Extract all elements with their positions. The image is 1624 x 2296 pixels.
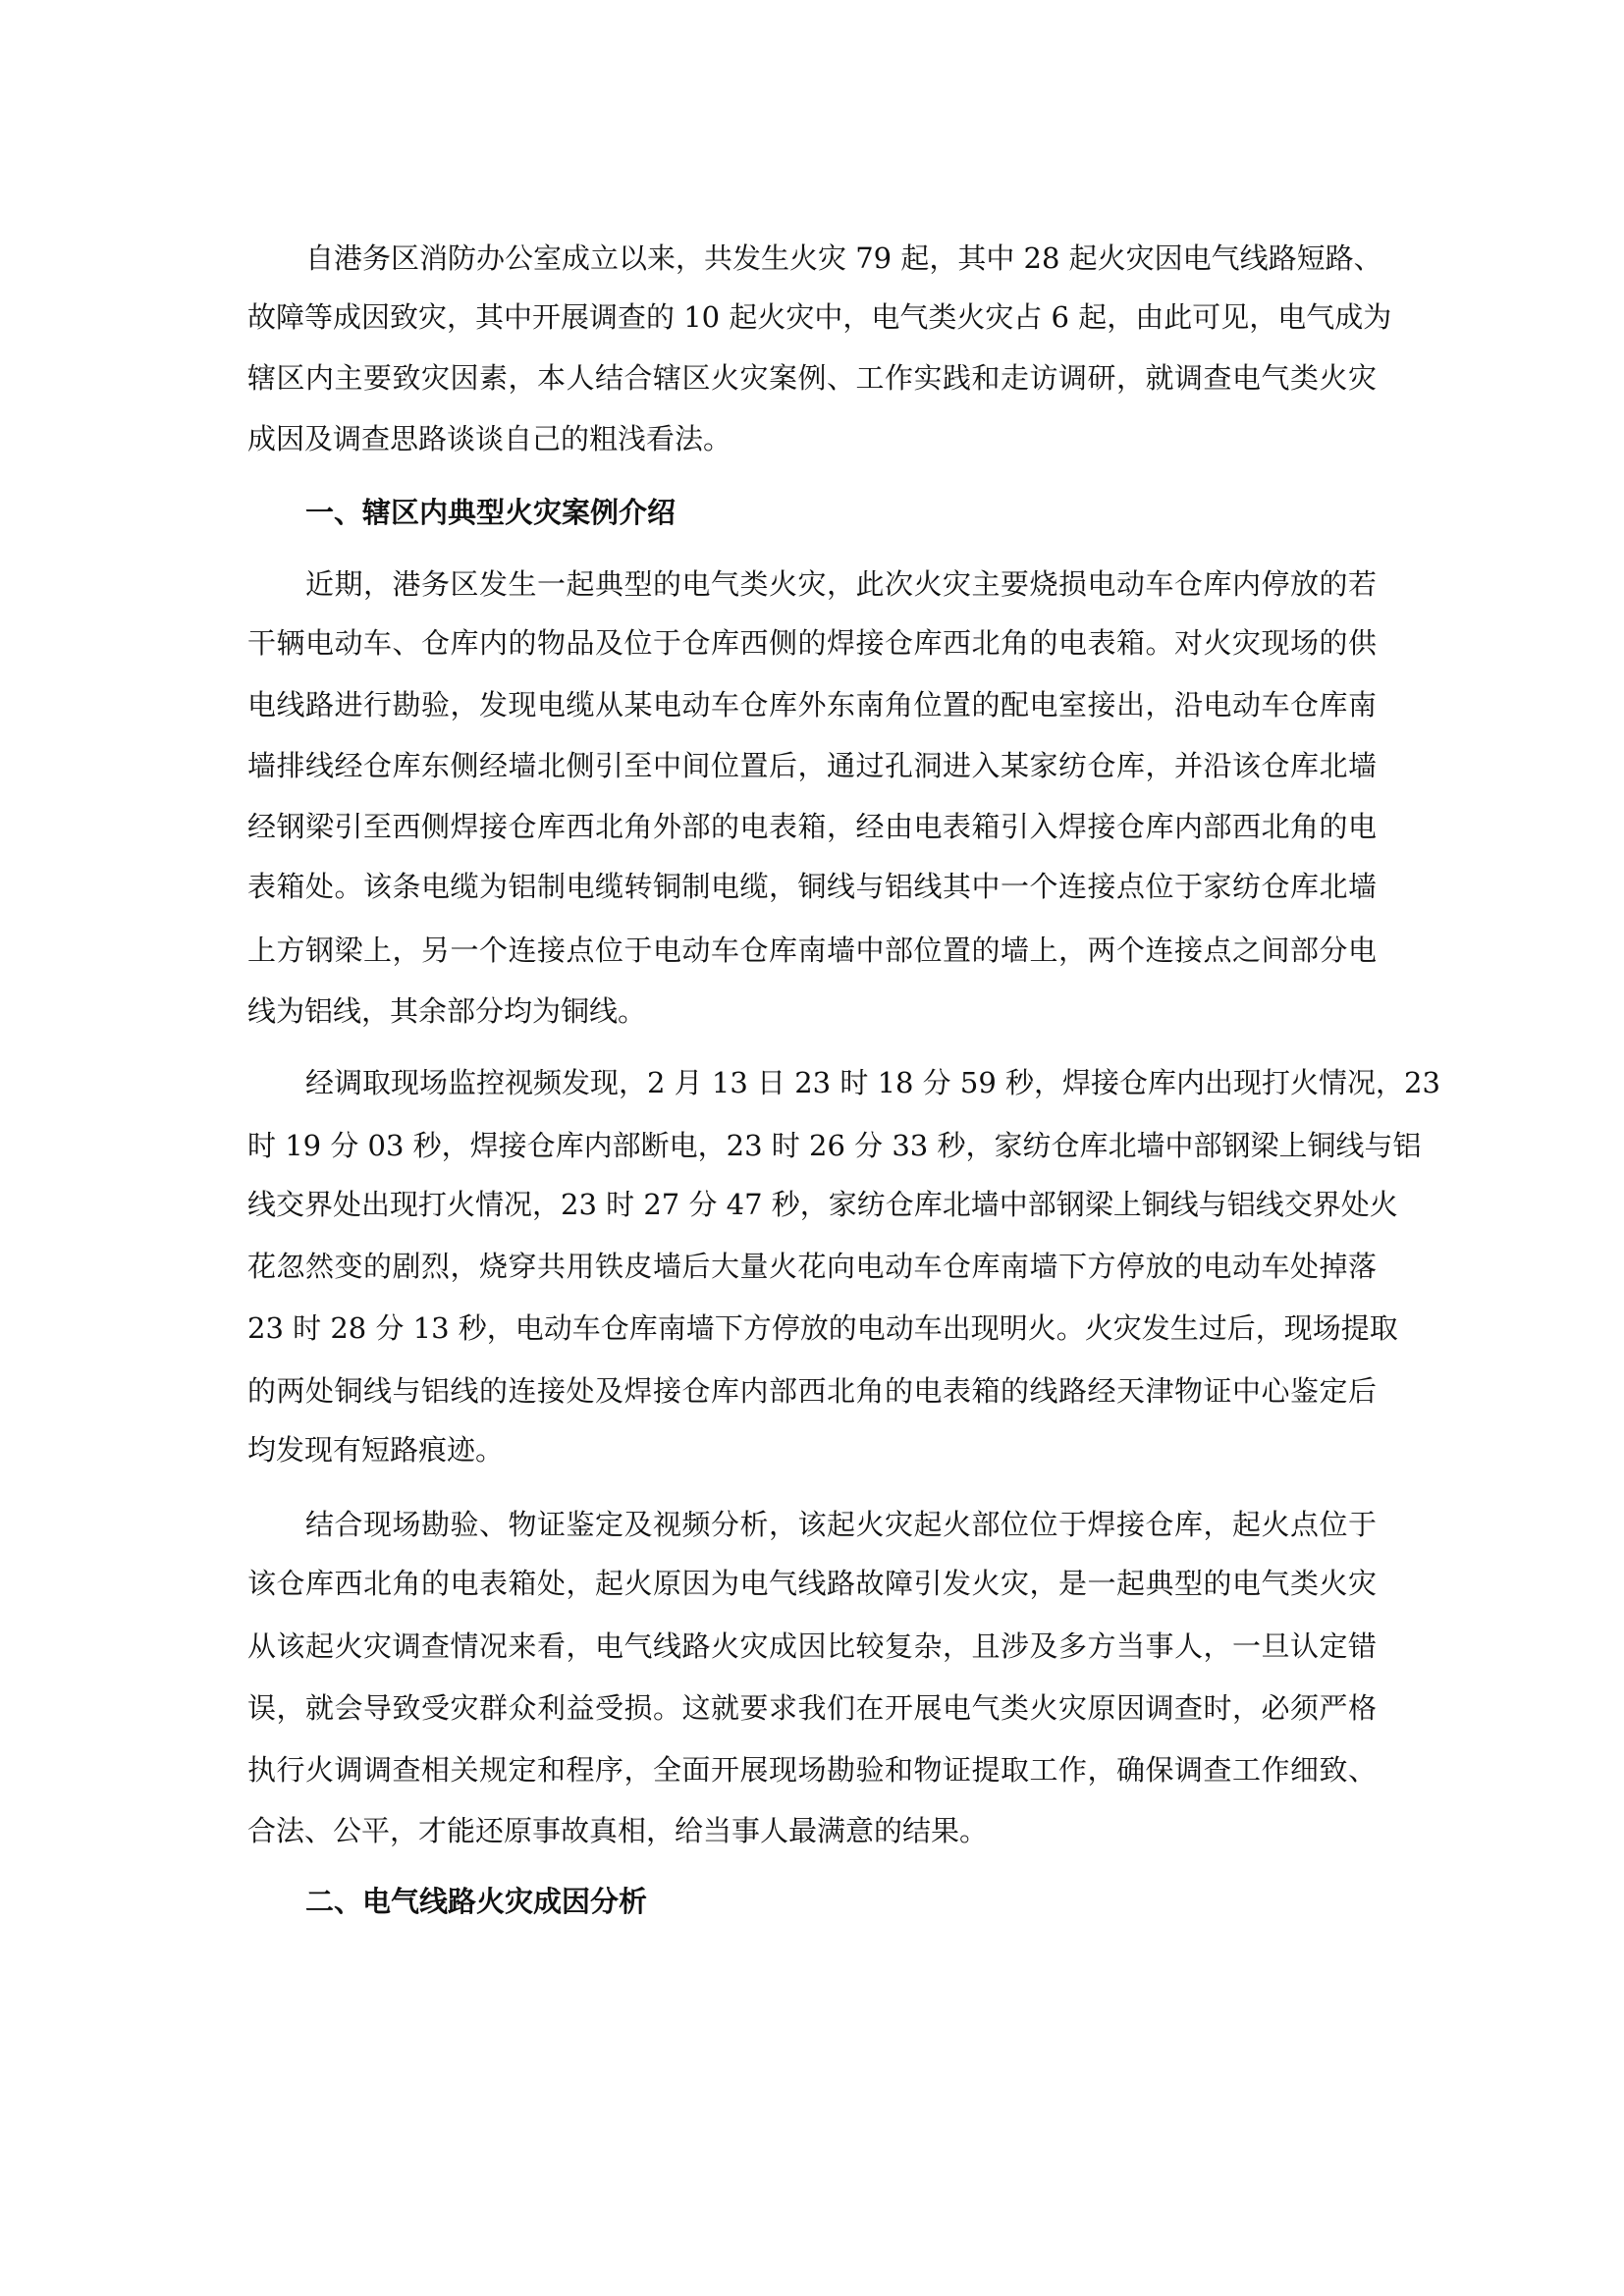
text-line: 墙排线经仓库东侧经墙北侧引至中间位置后，通过孔洞进入某家纺仓库，并沿该仓库北墙: [247, 746, 1377, 785]
text-line: 表箱处。该条电缆为铝制电缆转铜制电缆，铜线与铝线其中一个连接点位于家纺仓库北墙: [247, 867, 1377, 906]
text-line: 经调取现场监控视频发现，2 月 13 日 23 时 18 分 59 秒，焊接仓库…: [305, 1063, 1377, 1102]
text-line: 误，就会导致受灾群众利益受损。这就要求我们在开展电气类火灾原因调查时，必须严格: [247, 1688, 1377, 1728]
text-line: 线为铝线，其余部分均为铜线。: [247, 991, 1377, 1031]
text-line: 时 19 分 03 秒，焊接仓库内部断电，23 时 26 分 33 秒，家纺仓库…: [247, 1126, 1377, 1165]
text-line: 执行火调调查相关规定和程序，全面开展现场勘验和物证提取工作，确保调查工作细致、: [247, 1750, 1377, 1789]
section-heading-2: 二、电气线路火灾成因分析: [305, 1882, 647, 1921]
text-line: 上方钢梁上，另一个连接点位于电动车仓库南墙中部位置的墙上，两个连接点之间部分电: [247, 931, 1377, 970]
text-line: 线交界处出现打火情况，23 时 27 分 47 秒，家纺仓库北墙中部钢梁上铜线与…: [247, 1185, 1377, 1224]
text-line: 自港务区消防办公室成立以来，共发生火灾 79 起，其中 28 起火灾因电气线路短…: [305, 239, 1377, 278]
text-line: 23 时 28 分 13 秒，电动车仓库南墙下方停放的电动车出现明火。火灾发生过…: [247, 1308, 1377, 1348]
text-line: 故障等成因致灾，其中开展调查的 10 起火灾中，电气类火灾占 6 起，由此可见，…: [247, 297, 1377, 337]
text-line: 结合现场勘验、物证鉴定及视频分析，该起火灾起火部位位于焊接仓库，起火点位于: [305, 1505, 1377, 1544]
document-page: 自港务区消防办公室成立以来，共发生火灾 79 起，其中 28 起火灾因电气线路短…: [0, 0, 1624, 2296]
text-line: 合法、公平，才能还原事故真相，给当事人最满意的结果。: [247, 1811, 1377, 1850]
text-line: 电线路进行勘验，发现电缆从某电动车仓库外东南角位置的配电室接出，沿电动车仓库南: [247, 685, 1377, 724]
text-line: 从该起火灾调查情况来看，电气线路火灾成因比较复杂，且涉及多方当事人，一旦认定错: [247, 1627, 1377, 1666]
text-line: 均发现有短路痕迹。: [247, 1430, 1377, 1469]
text-line: 经钢梁引至西侧焊接仓库西北角外部的电表箱，经由电表箱引入焊接仓库内部西北角的电: [247, 807, 1377, 846]
section-heading-1: 一、辖区内典型火灾案例介绍: [305, 493, 676, 532]
text-line: 该仓库西北角的电表箱处，起火原因为电气线路故障引发火灾，是一起典型的电气类火灾: [247, 1564, 1377, 1603]
text-line: 的两处铜线与铝线的连接处及焊接仓库内部西北角的电表箱的线路经天津物证中心鉴定后: [247, 1371, 1377, 1411]
text-line: 花忽然变的剧烈，烧穿共用铁皮墙后大量火花向电动车仓库南墙下方停放的电动车处掉落: [247, 1247, 1377, 1286]
text-line: 干辆电动车、仓库内的物品及位于仓库西侧的焊接仓库西北角的电表箱。对火灾现场的供: [247, 623, 1377, 663]
text-line: 近期，港务区发生一起典型的电气类火灾，此次火灾主要烧损电动车仓库内停放的若: [305, 564, 1377, 604]
text-line: 辖区内主要致灾因素，本人结合辖区火灾案例、工作实践和走访调研，就调查电气类火灾: [247, 358, 1377, 398]
text-line: 成因及调查思路谈谈自己的粗浅看法。: [247, 419, 1377, 458]
